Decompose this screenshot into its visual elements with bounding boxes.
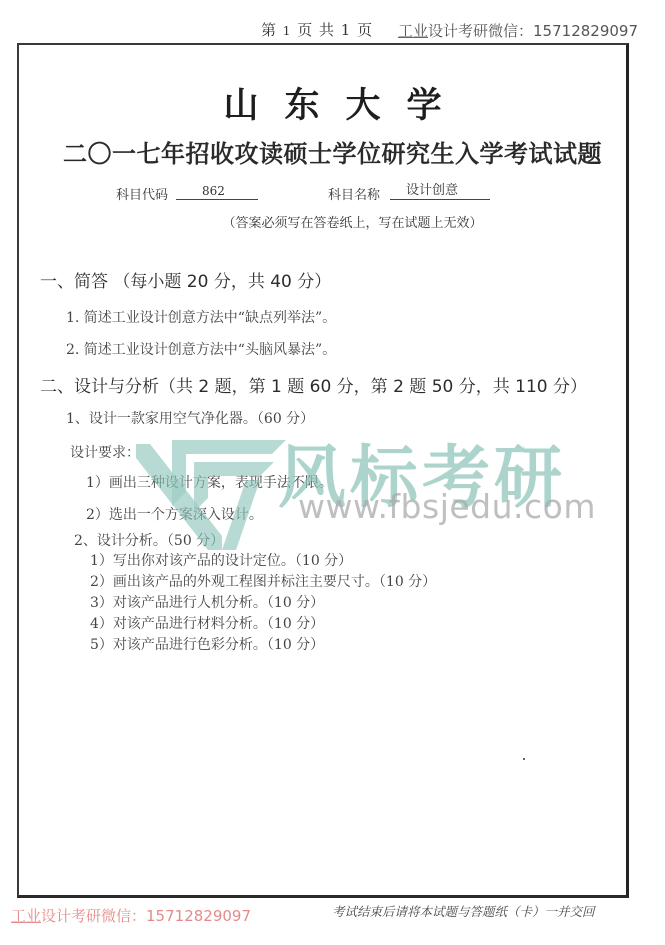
subject-name-label: 科目名称 [328,184,380,203]
analysis-item-2: 2）画出该产品的外观工程图并标注主要尺寸。（10 分） [90,571,436,591]
wechat-rest: 设计考研微信：15712829097 [428,22,638,40]
subject-code-label: 科目代码 [116,184,168,203]
analysis-item-3: 3）对该产品进行人机分析。（10 分） [90,592,324,612]
watermark-url: www.fbsjedu.com [298,487,596,526]
page-number: 第 1 页 共 1 页 [261,19,373,40]
section-2-title: 二、设计与分析（共 2 题，第 1 题 60 分，第 2 题 50 分，共 11… [40,372,587,397]
exam-title: 二〇一七年招收攻读硕士学位研究生入学考试试题 [0,134,665,169]
scan-speck [523,758,525,760]
return-instruction: 考试结束后请将本试题与答题纸（卡）一并交回 [332,902,595,920]
fengbiao-logo-icon [136,440,286,550]
answer-notice: （答案必须写在答卷纸上，写在试题上无效） [0,212,665,231]
question-1-2: 2. 简述工业设计创意方法中“头脑风暴法”。 [66,339,336,359]
requirements-label: 设计要求： [70,442,140,462]
question-2-1: 1、设计一款家用空气净化器。（60 分） [66,408,314,428]
wechat-contact-top: 工业设计考研微信：15712829097 [398,20,638,41]
university-name: 山东大学 [0,78,665,128]
page-label-mid: 页 共 [297,21,335,39]
page-label-prefix: 第 [261,21,277,39]
question-1-1: 1. 简述工业设计创意方法中“缺点列举法”。 [66,307,336,327]
analysis-item-1: 1）写出你对该产品的设计定位。（10 分） [90,550,352,570]
page-current: 1 [283,24,292,38]
analysis-item-5: 5）对该产品进行色彩分析。（10 分） [90,634,324,654]
wechat-prefix: 工业 [398,22,428,40]
section-1-title: 一、简答 （每小题 20 分，共 40 分） [40,267,331,292]
page-label-suffix: 页 [357,21,373,39]
analysis-item-4: 4）对该产品进行材料分析。（10 分） [90,613,324,633]
page-total: 1 [341,21,352,39]
subject-name-value: 设计创意 [390,184,490,200]
wechat-prefix-bottom: 工业 [11,907,41,925]
wechat-contact-bottom: 工业设计考研微信：15712829097 [11,905,251,926]
wechat-rest-bottom: 设计考研微信：15712829097 [41,907,251,925]
subject-code-value: 862 [176,184,258,200]
